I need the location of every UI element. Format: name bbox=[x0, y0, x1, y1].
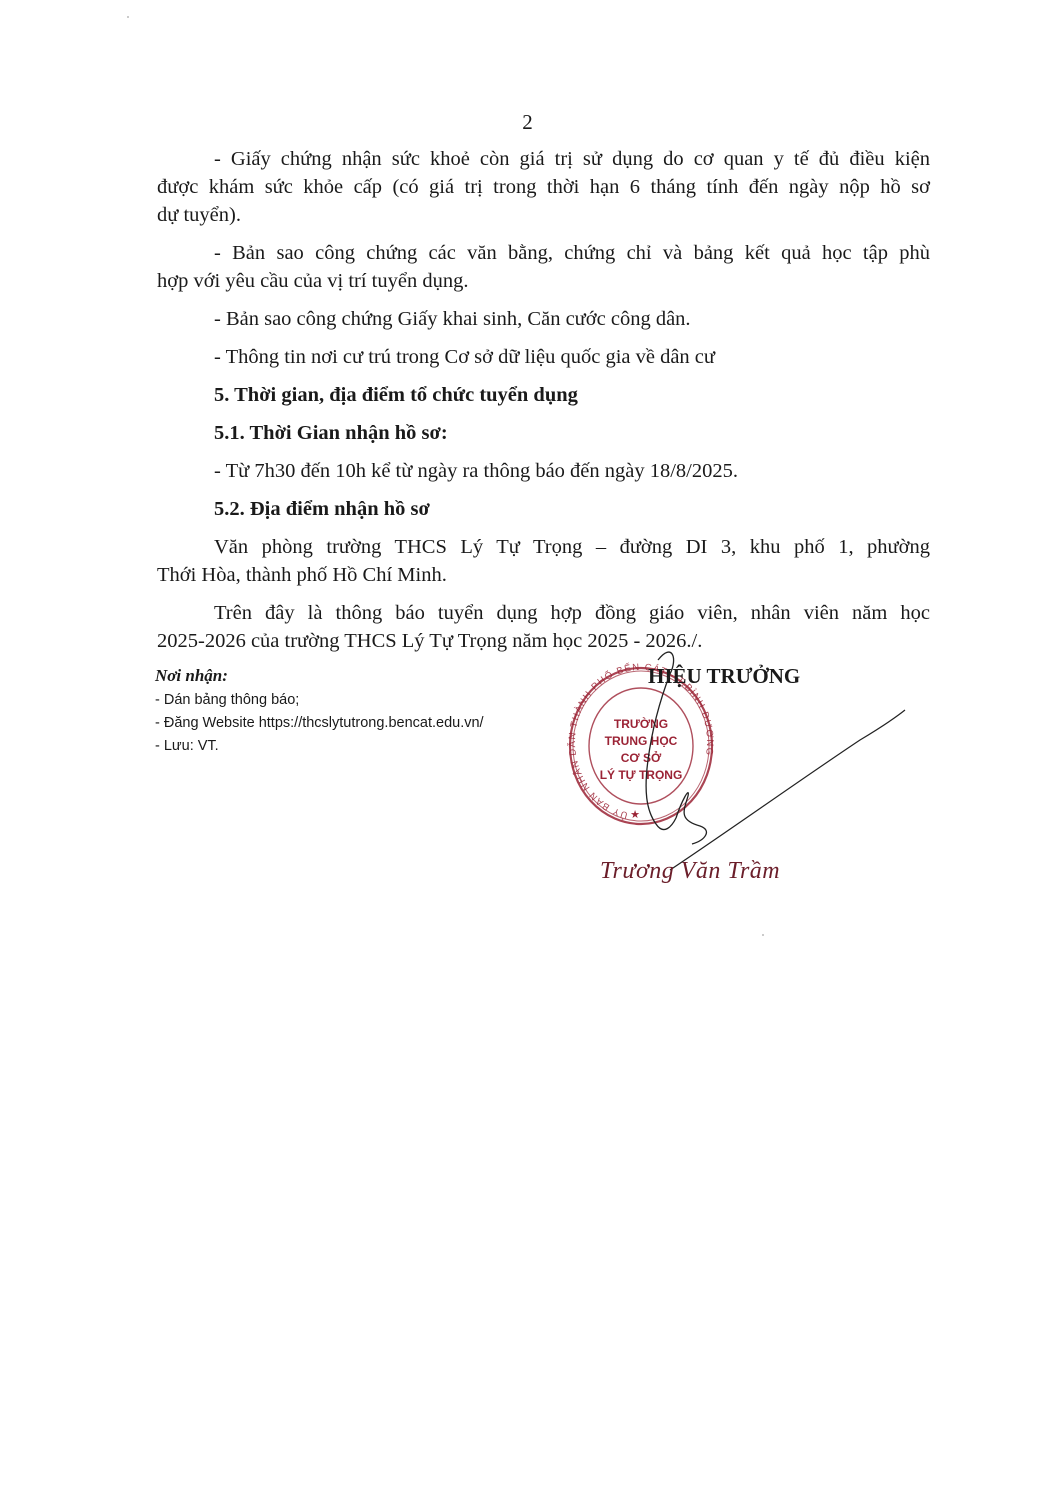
recipient-item: - Dán bảng thông báo; bbox=[155, 689, 484, 712]
para-line: hợp với yêu cầu của vị trí tuyển dụng. bbox=[157, 267, 930, 295]
para-line: được khám sức khỏe cấp (có giá trị trong… bbox=[157, 173, 930, 201]
section-5-1-title: 5.1. Thời Gian nhận hồ sơ: bbox=[157, 419, 930, 447]
section-5-2-title: 5.2. Địa điểm nhận hồ sơ bbox=[157, 495, 930, 523]
recipient-item: - Lưu: VT. bbox=[155, 735, 484, 758]
recipient-item: - Đăng Website https://thcslytutrong.ben… bbox=[155, 712, 484, 735]
signer-name: Trương Văn Trầm bbox=[600, 858, 780, 885]
para-line: Văn phòng trường THCS Lý Tự Trọng – đườn… bbox=[157, 533, 930, 561]
para-line: Thới Hòa, thành phố Hồ Chí Minh. bbox=[157, 561, 930, 589]
scan-speck bbox=[762, 934, 764, 936]
para-line: - Giấy chứng nhận sức khoẻ còn giá trị s… bbox=[157, 145, 930, 173]
page-number: 2 bbox=[0, 110, 1055, 135]
requirement-birth-certificate: - Bản sao công chứng Giấy khai sinh, Căn… bbox=[157, 305, 930, 333]
section-5-title: 5. Thời gian, địa điểm tổ chức tuyển dụn… bbox=[157, 381, 930, 409]
requirement-residence-info: - Thông tin nơi cư trú trong Cơ sở dữ li… bbox=[157, 343, 930, 371]
para-line: - Bản sao công chứng các văn bằng, chứng… bbox=[157, 239, 930, 267]
section-5-1-text: - Từ 7h30 đến 10h kể từ ngày ra thông bá… bbox=[157, 457, 930, 485]
para-line: Trên đây là thông báo tuyển dụng hợp đồn… bbox=[157, 599, 930, 627]
recipients-title: Nơi nhận: bbox=[155, 664, 484, 687]
scan-speck bbox=[127, 16, 129, 18]
section-5-2-address: Văn phòng trường THCS Lý Tự Trọng – đườn… bbox=[157, 533, 930, 589]
document-page: 2 - Giấy chứng nhận sức khoẻ còn giá trị… bbox=[0, 0, 1055, 1500]
para-line: dự tuyển). bbox=[157, 201, 930, 229]
recipients-block: Nơi nhận: - Dán bảng thông báo; - Đăng W… bbox=[155, 664, 484, 758]
requirement-health-certificate: - Giấy chứng nhận sức khoẻ còn giá trị s… bbox=[157, 145, 930, 229]
requirement-diplomas: - Bản sao công chứng các văn bằng, chứng… bbox=[157, 239, 930, 295]
document-body: - Giấy chứng nhận sức khoẻ còn giá trị s… bbox=[157, 145, 930, 665]
